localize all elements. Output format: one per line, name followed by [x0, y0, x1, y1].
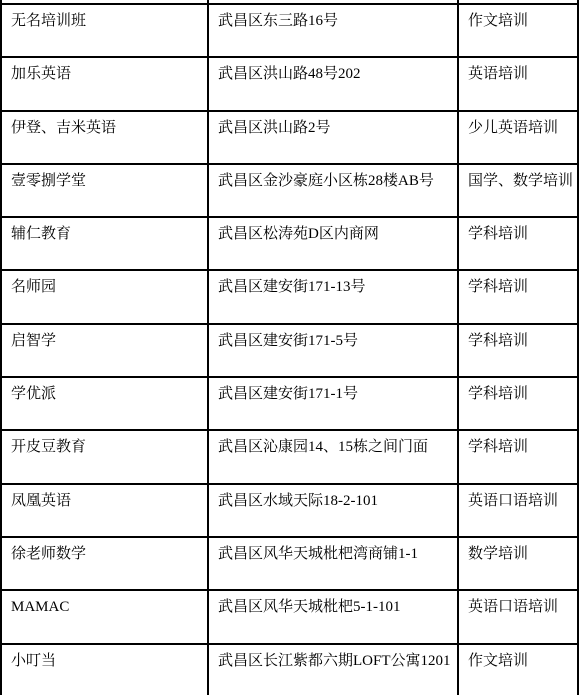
cell-address: 武昌区建安街171-5号	[208, 324, 458, 377]
table-row: 小叮当武昌区长江紫都六期LOFT公寓1201作文培训	[1, 644, 578, 695]
cell-name: 学优派	[1, 377, 208, 430]
cell-category: 英语培训	[458, 57, 578, 110]
table-row: 加乐英语武昌区洪山路48号202英语培训	[1, 57, 578, 110]
table-row: MAMAC武昌区风华天城枇杷5-1-101英语口语培训	[1, 590, 578, 643]
cell-address: 武昌区长江紫都六期LOFT公寓1201	[208, 644, 458, 695]
table-row: 开皮豆教育武昌区沁康园14、15栋之间门面学科培训	[1, 430, 578, 483]
cell-category: 国学、数学培训	[458, 164, 578, 217]
cell-category: 学科培训	[458, 377, 578, 430]
cell-name: 加乐英语	[1, 57, 208, 110]
cell-name: 凤凰英语	[1, 484, 208, 537]
cell-name: 徐老师数学	[1, 537, 208, 590]
cell-address: 武昌区洪山路2号	[208, 111, 458, 164]
table-row: 辅仁教育武昌区松涛苑D区内商网学科培训	[1, 217, 578, 270]
cell-name: 无名培训班	[1, 4, 208, 57]
cell-category: 学科培训	[458, 430, 578, 483]
cell-category: 数学培训	[458, 537, 578, 590]
table-row: 壹零捌学堂武昌区金沙豪庭小区栋28楼AB号国学、数学培训	[1, 164, 578, 217]
cell-address: 武昌区建安街171-1号	[208, 377, 458, 430]
training-providers-table: 无名培训班武昌区东三路16号作文培训加乐英语武昌区洪山路48号202英语培训伊登…	[0, 0, 579, 695]
training-providers-table-wrap: 无名培训班武昌区东三路16号作文培训加乐英语武昌区洪山路48号202英语培训伊登…	[0, 0, 579, 695]
page: { "page": { "background_color": "#ffffff…	[0, 0, 581, 695]
table-row: 徐老师数学武昌区风华天城枇杷湾商铺1-1数学培训	[1, 537, 578, 590]
cell-address: 武昌区松涛苑D区内商网	[208, 217, 458, 270]
table-row: 伊登、吉米英语武昌区洪山路2号少儿英语培训	[1, 111, 578, 164]
table-body: 无名培训班武昌区东三路16号作文培训加乐英语武昌区洪山路48号202英语培训伊登…	[1, 0, 578, 695]
cell-category: 少儿英语培训	[458, 111, 578, 164]
cell-name: 壹零捌学堂	[1, 164, 208, 217]
cell-name: MAMAC	[1, 590, 208, 643]
table-row: 启智学武昌区建安街171-5号学科培训	[1, 324, 578, 377]
cell-category: 作文培训	[458, 4, 578, 57]
cell-address: 武昌区沁康园14、15栋之间门面	[208, 430, 458, 483]
cell-name: 小叮当	[1, 644, 208, 695]
table-row: 名师园武昌区建安街171-13号学科培训	[1, 270, 578, 323]
table-row: 无名培训班武昌区东三路16号作文培训	[1, 4, 578, 57]
cell-name: 辅仁教育	[1, 217, 208, 270]
cell-category: 学科培训	[458, 324, 578, 377]
cell-address: 武昌区风华天城枇杷湾商铺1-1	[208, 537, 458, 590]
cell-category: 作文培训	[458, 644, 578, 695]
cell-address: 武昌区洪山路48号202	[208, 57, 458, 110]
cell-category: 学科培训	[458, 217, 578, 270]
cell-category: 英语口语培训	[458, 590, 578, 643]
cell-name: 名师园	[1, 270, 208, 323]
table-row: 凤凰英语武昌区水域天际18-2-101英语口语培训	[1, 484, 578, 537]
cell-category: 英语口语培训	[458, 484, 578, 537]
cell-category: 学科培训	[458, 270, 578, 323]
cell-address: 武昌区水域天际18-2-101	[208, 484, 458, 537]
cell-address: 武昌区金沙豪庭小区栋28楼AB号	[208, 164, 458, 217]
cell-address: 武昌区风华天城枇杷5-1-101	[208, 590, 458, 643]
cell-name: 启智学	[1, 324, 208, 377]
cell-name: 开皮豆教育	[1, 430, 208, 483]
cell-address: 武昌区建安街171-13号	[208, 270, 458, 323]
table-row: 学优派武昌区建安街171-1号学科培训	[1, 377, 578, 430]
cell-address: 武昌区东三路16号	[208, 4, 458, 57]
cell-name: 伊登、吉米英语	[1, 111, 208, 164]
